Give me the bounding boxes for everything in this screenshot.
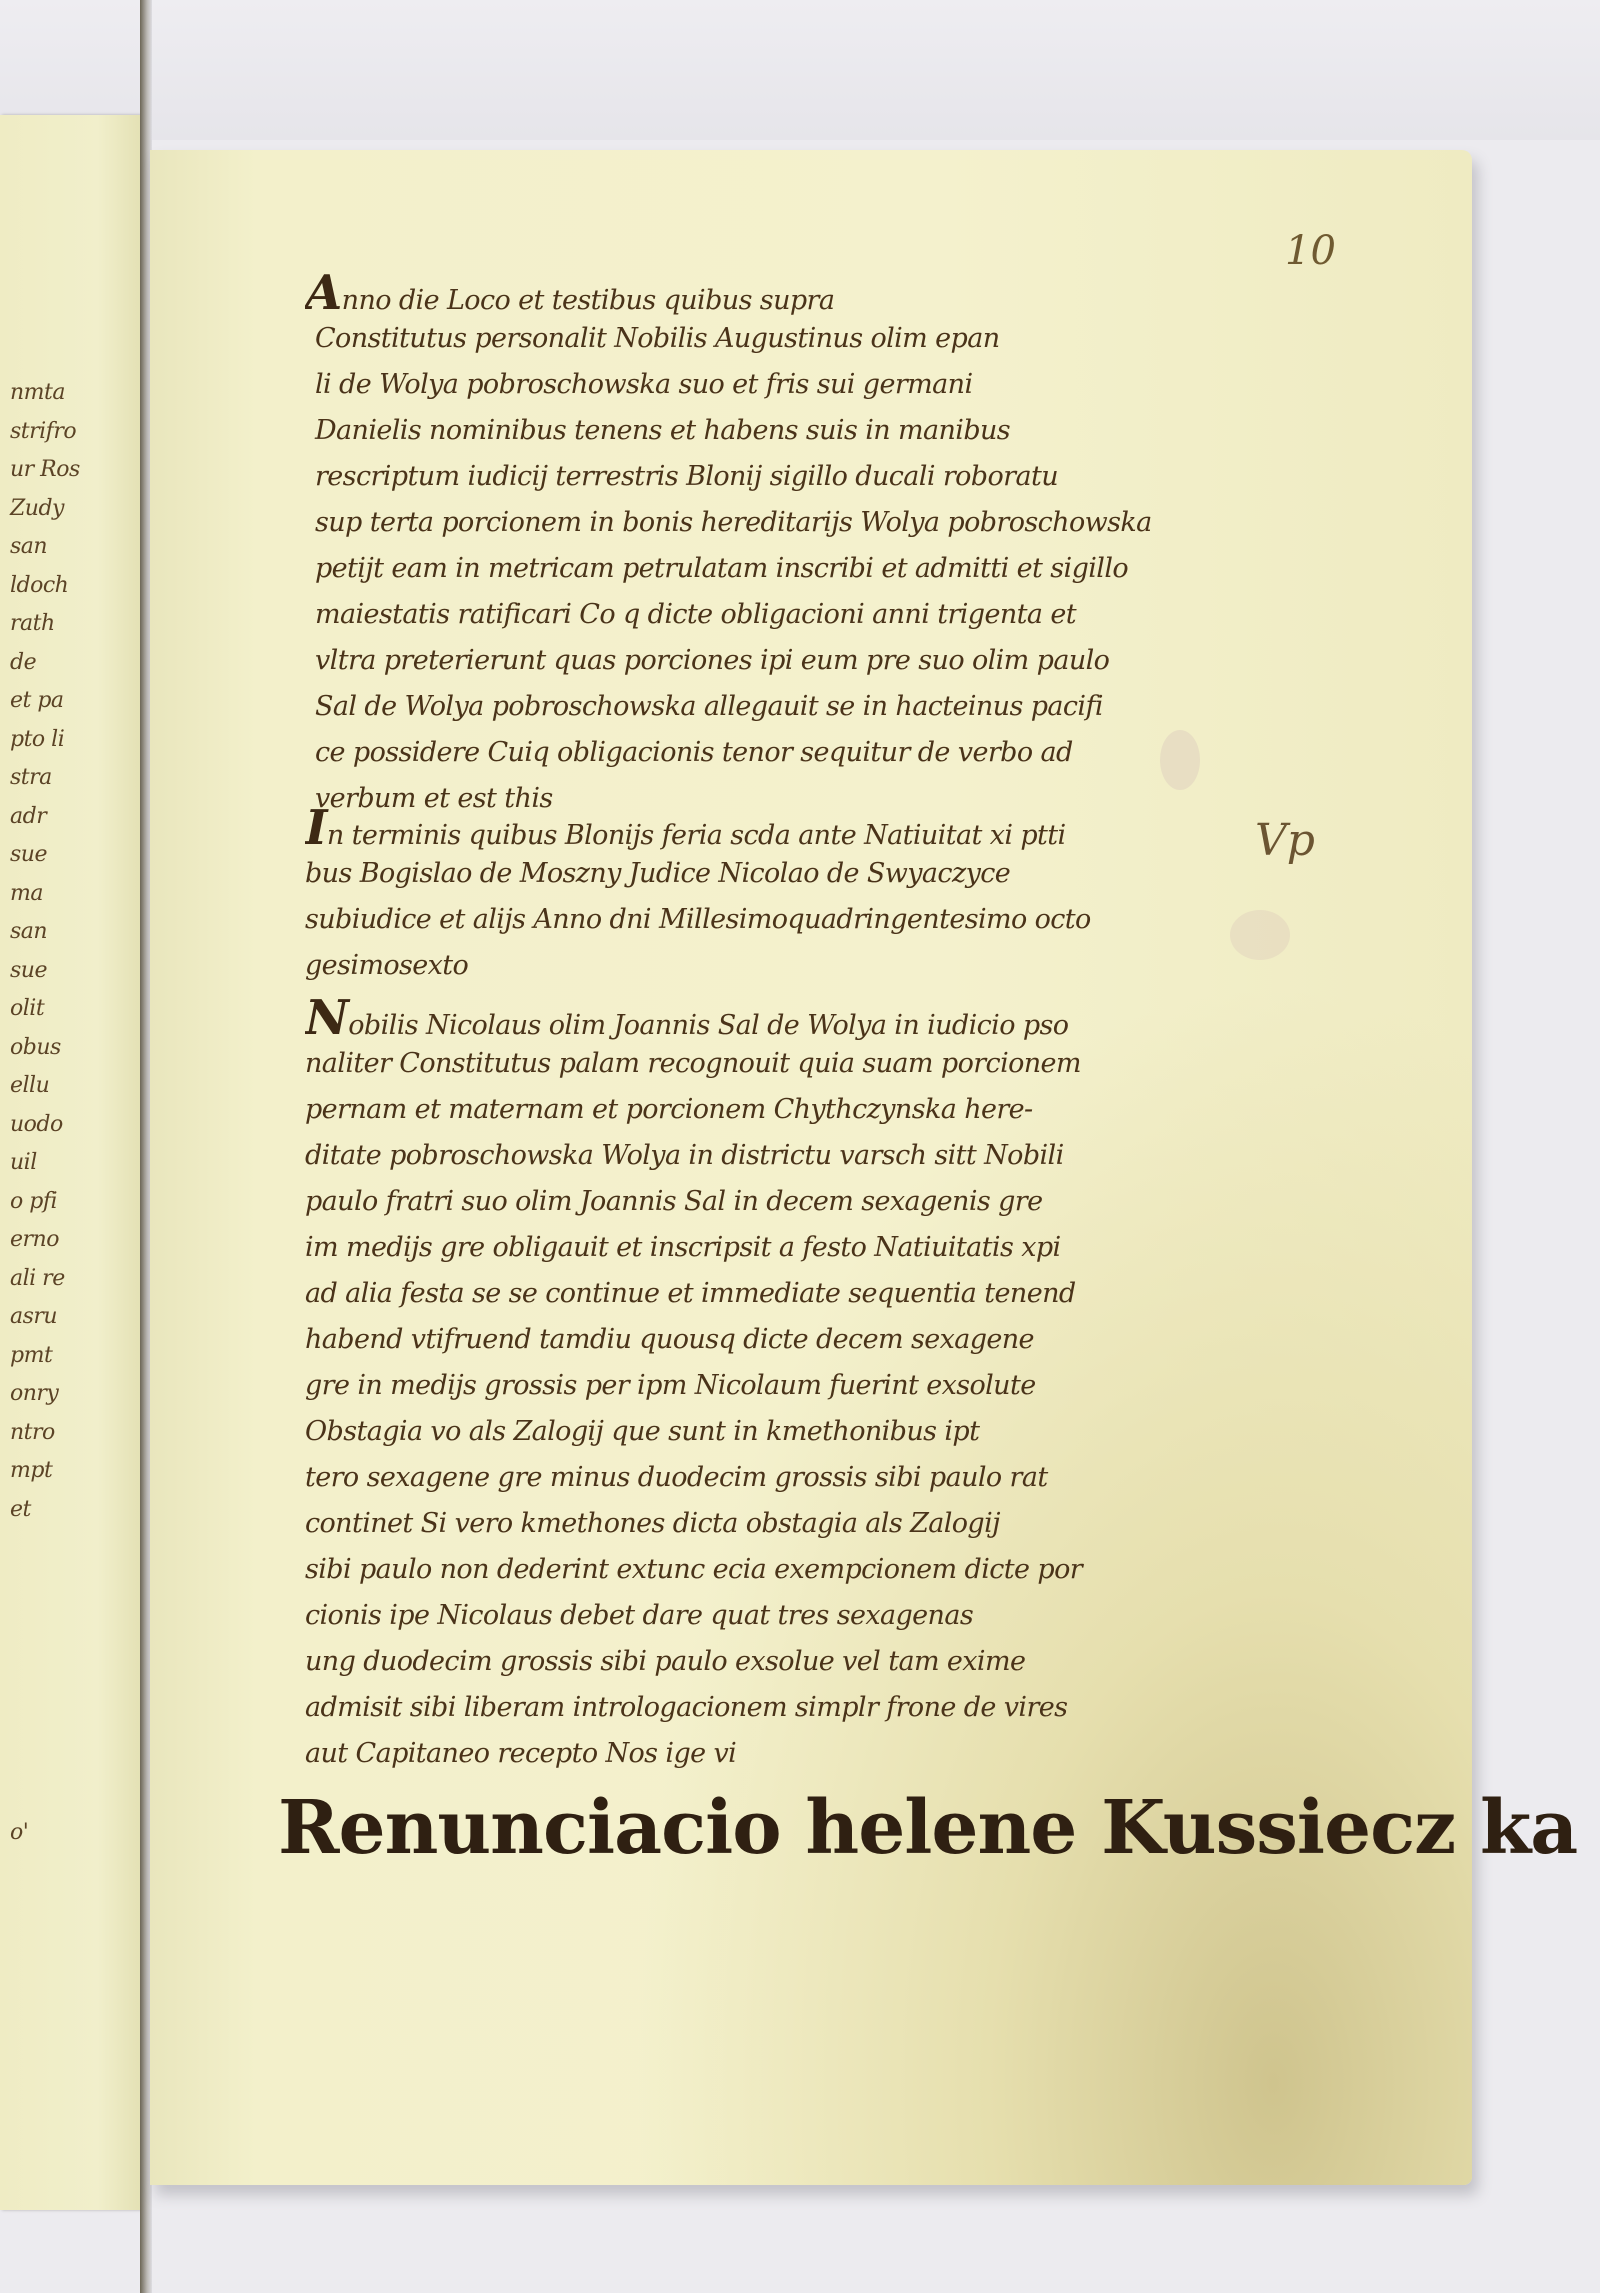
left-page-fragment: uil	[10, 1150, 37, 1175]
left-page-fragment: nmta	[10, 380, 65, 405]
manuscript-line: ce possidere Cuiq obligacionis tenor seq…	[305, 730, 1175, 776]
manuscript-line: Danielis nominibus tenens et habens suis…	[305, 408, 1175, 454]
left-page-fragment: stra	[10, 765, 52, 790]
left-page-edge: nmtastrifrour RosZudysanldochrathdeet pa…	[0, 115, 142, 2210]
manuscript-line: gesimosexto	[305, 943, 1175, 989]
manuscript-line: pernam et maternam et porcionem Chythczy…	[305, 1087, 1175, 1133]
manuscript-line: li de Wolya pobroschowska suo et fris su…	[305, 362, 1175, 408]
manuscript-line: Obstagia vo als Zalogij que sunt in kmet…	[305, 1409, 1175, 1455]
left-page-fragment: et pa	[10, 688, 64, 713]
scan-backdrop	[0, 0, 1600, 140]
left-page-fragment: ldoch	[10, 573, 68, 598]
left-page-fragment: o pfi	[10, 1189, 57, 1214]
manuscript-line: Sal de Wolya pobroschowska allegauit se …	[305, 684, 1175, 730]
manuscript-line: habend vtifruend tamdiu quousq dicte dec…	[305, 1317, 1175, 1363]
manuscript-line: im medijs gre obligauit et inscripsit a …	[305, 1225, 1175, 1271]
manuscript-line: naliter Constitutus palam recognouit qui…	[305, 1041, 1175, 1087]
paragraph-2: In terminis quibus Blonijs feria scda an…	[305, 805, 1175, 989]
manuscript-line: ad alia festa se se continue et immediat…	[305, 1271, 1175, 1317]
paragraph-1: Anno die Loco et testibus quibus supraCo…	[305, 270, 1175, 822]
paragraph-3: Nobilis Nicolaus olim Joannis Sal de Wol…	[305, 995, 1175, 1777]
left-page-fragment: asru	[10, 1304, 57, 1329]
manuscript-line: Constitutus personalit Nobilis Augustinu…	[305, 316, 1175, 362]
left-page-fragment: Zudy	[10, 496, 64, 521]
manuscript-line: In terminis quibus Blonijs feria scda an…	[305, 805, 1175, 851]
manuscript-line: Anno die Loco et testibus quibus supra	[305, 270, 1175, 316]
left-page-fragment: sue	[10, 842, 47, 867]
line-text: nno die Loco et testibus quibus supra	[342, 285, 835, 316]
manuscript-line: tero sexagene gre minus duodecim grossis…	[305, 1455, 1175, 1501]
manuscript-line: gre in medijs grossis per ipm Nicolaum f…	[305, 1363, 1175, 1409]
manuscript-line: sup terta porcionem in bonis hereditarij…	[305, 500, 1175, 546]
left-page-fragment: uodo	[10, 1112, 63, 1137]
manuscript-line: sibi paulo non dederint extunc ecia exem…	[305, 1547, 1175, 1593]
manuscript-line: bus Bogislao de Moszny Judice Nicolao de…	[305, 851, 1175, 897]
left-page-fragment: de	[10, 650, 36, 675]
manuscript-line: rescriptum iudicij terrestris Blonij sig…	[305, 454, 1175, 500]
left-page-fragment: ur Ros	[10, 457, 80, 482]
left-page-fragment: mpt	[10, 1458, 52, 1483]
left-page-fragment: strifro	[10, 419, 76, 444]
left-page-fragment: erno	[10, 1227, 59, 1252]
line-text: obilis Nicolaus olim Joannis Sal de Woly…	[348, 1010, 1068, 1041]
left-page-fragment: ntro	[10, 1420, 55, 1445]
initial-letter: A	[305, 270, 342, 316]
line-text: n terminis quibus Blonijs feria scda ant…	[327, 820, 1066, 851]
stain	[1230, 910, 1290, 960]
left-page-fragment: san	[10, 534, 47, 559]
manuscript-line: cionis ipe Nicolaus debet dare quat tres…	[305, 1593, 1175, 1639]
manuscript-line: ung duodecim grossis sibi paulo exsolue …	[305, 1639, 1175, 1685]
left-page-fragment: ali re	[10, 1266, 65, 1291]
manuscript-line: vltra preterierunt quas porciones ipi eu…	[305, 638, 1175, 684]
left-page-fragment: pto li	[10, 727, 64, 752]
manuscript-line: petijt eam in metricam petrulatam inscri…	[305, 546, 1175, 592]
left-page-fragment: onry	[10, 1381, 58, 1406]
left-page-fragment: rath	[10, 611, 55, 636]
marginal-note: Vp	[1255, 815, 1315, 866]
left-page-fragment: sue	[10, 958, 47, 983]
left-page-fragment: san	[10, 919, 47, 944]
initial-letter: N	[305, 995, 348, 1041]
left-page-fragment: adr	[10, 804, 46, 829]
manuscript-line: admisit sibi liberam intrologacionem sim…	[305, 1685, 1175, 1731]
left-page-fragment: ma	[10, 881, 43, 906]
manuscript-line: Nobilis Nicolaus olim Joannis Sal de Wol…	[305, 995, 1175, 1041]
left-page-fragment: o'	[10, 1820, 28, 1845]
initial-letter: I	[305, 805, 327, 851]
rubric-heading: Renunciacio helene Kussiecz ka	[278, 1785, 1577, 1871]
left-page-fragment: et	[10, 1497, 31, 1522]
manuscript-line: paulo fratri suo olim Joannis Sal in dec…	[305, 1179, 1175, 1225]
left-page-fragment: olit	[10, 996, 44, 1021]
left-page-fragment: ellu	[10, 1073, 49, 1098]
manuscript-line: aut Capitaneo recepto Nos ige vi	[305, 1731, 1175, 1777]
manuscript-line: maiestatis ratificari Co q dicte obligac…	[305, 592, 1175, 638]
left-page-fragment: pmt	[10, 1343, 52, 1368]
left-page-fragment: obus	[10, 1035, 61, 1060]
manuscript-line: continet Si vero kmethones dicta obstagi…	[305, 1501, 1175, 1547]
folio-number: 10	[1285, 228, 1336, 274]
manuscript-line: subiudice et alijs Anno dni Millesimoqua…	[305, 897, 1175, 943]
manuscript-line: ditate pobroschowska Wolya in districtu …	[305, 1133, 1175, 1179]
